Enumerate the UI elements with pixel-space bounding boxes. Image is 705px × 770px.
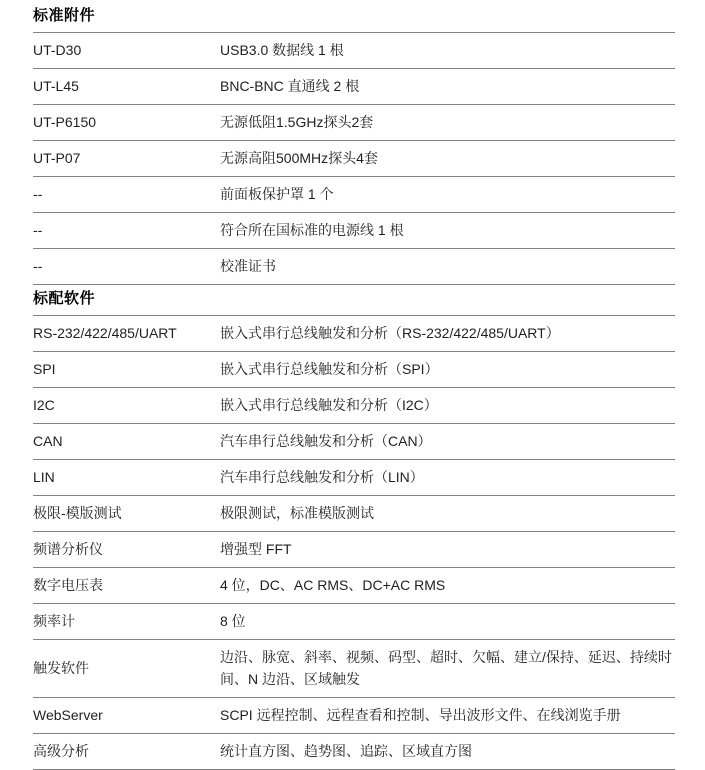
table-row: 高级分析 统计直方图、趋势图、追踪、区域直方图 [33, 734, 675, 770]
table-row: SPI 嵌入式串行总线触发和分析（SPI） [33, 352, 675, 388]
table-row: -- 校准证书 [33, 249, 675, 285]
table-row: LIN 汽车串行总线触发和分析（LIN） [33, 460, 675, 496]
spec-name-cell: -- [33, 183, 220, 205]
table-row: CAN 汽车串行总线触发和分析（CAN） [33, 424, 675, 460]
table-row: UT-D30 USB3.0 数据线 1 根 [33, 33, 675, 69]
spec-desc-cell: 汽车串行总线触发和分析（LIN） [220, 466, 675, 488]
spec-desc-cell: 极限测试，标准模版测试 [220, 502, 675, 524]
spec-name-cell: CAN [33, 430, 220, 452]
spec-desc-cell: 4 位，DC、AC RMS、DC+AC RMS [220, 574, 675, 596]
spec-desc-cell: 嵌入式串行总线触发和分析（RS-232/422/485/UART） [220, 322, 675, 344]
spec-desc-cell: USB3.0 数据线 1 根 [220, 39, 675, 61]
table-row: 极限-模版测试 极限测试，标准模版测试 [33, 496, 675, 532]
section-heading: 标准附件 [33, 2, 675, 33]
table-row: -- 符合所在国标准的电源线 1 根 [33, 213, 675, 249]
spec-desc-cell: 无源高阻500MHz探头4套 [220, 147, 675, 169]
spec-name-cell: UT-L45 [33, 75, 220, 97]
table-row: WebServer SCPI 远程控制、远程查看和控制、导出波形文件、在线浏览手… [33, 698, 675, 734]
spec-desc-cell: 增强型 FFT [220, 538, 675, 560]
spec-name-cell: I2C [33, 394, 220, 416]
spec-section: 标准附件 UT-D30 USB3.0 数据线 1 根 UT-L45 BNC-BN… [33, 2, 675, 285]
spec-desc-cell: 符合所在国标准的电源线 1 根 [220, 219, 675, 241]
section-heading: 标配软件 [33, 285, 675, 316]
spec-desc-cell: 统计直方图、趋势图、追踪、区域直方图 [220, 740, 675, 762]
table-row: 数字电压表 4 位，DC、AC RMS、DC+AC RMS [33, 568, 675, 604]
spec-section: 标配软件 RS-232/422/485/UART 嵌入式串行总线触发和分析（RS… [33, 285, 675, 770]
table-row: 频率计 8 位 [33, 604, 675, 640]
spec-desc-cell: 嵌入式串行总线触发和分析（SPI） [220, 358, 675, 380]
table-row: I2C 嵌入式串行总线触发和分析（I2C） [33, 388, 675, 424]
spec-name-cell: LIN [33, 466, 220, 488]
spec-name-cell: 频率计 [33, 610, 220, 632]
table-row: 频谱分析仪 增强型 FFT [33, 532, 675, 568]
spec-name-cell: 高级分析 [33, 740, 220, 762]
spec-desc-cell: 嵌入式串行总线触发和分析（I2C） [220, 394, 675, 416]
spec-desc-cell: 8 位 [220, 610, 675, 632]
spec-name-cell: 频谱分析仪 [33, 538, 220, 560]
spec-name-cell: 数字电压表 [33, 574, 220, 596]
spec-name-cell: 极限-模版测试 [33, 502, 220, 524]
spec-desc-cell: 边沿、脉宽、斜率、视频、码型、超时、欠幅、建立/保持、延迟、持续时间、N 边沿、… [220, 646, 675, 690]
spec-desc-cell: 校准证书 [220, 255, 675, 277]
section-rows: UT-D30 USB3.0 数据线 1 根 UT-L45 BNC-BNC 直通线… [33, 33, 675, 285]
spec-desc-cell: 前面板保护罩 1 个 [220, 183, 675, 205]
spec-desc-cell: 汽车串行总线触发和分析（CAN） [220, 430, 675, 452]
table-row: UT-L45 BNC-BNC 直通线 2 根 [33, 69, 675, 105]
spec-name-cell: UT-P07 [33, 147, 220, 169]
table-row: RS-232/422/485/UART 嵌入式串行总线触发和分析（RS-232/… [33, 316, 675, 352]
spec-desc-cell: SCPI 远程控制、远程查看和控制、导出波形文件、在线浏览手册 [220, 704, 675, 726]
spec-desc-cell: BNC-BNC 直通线 2 根 [220, 75, 675, 97]
table-row: 触发软件 边沿、脉宽、斜率、视频、码型、超时、欠幅、建立/保持、延迟、持续时间、… [33, 640, 675, 698]
spec-name-cell: 触发软件 [33, 657, 220, 679]
table-row: UT-P07 无源高阻500MHz探头4套 [33, 141, 675, 177]
spec-name-cell: WebServer [33, 704, 220, 726]
table-row: UT-P6150 无源低阻1.5GHz探头2套 [33, 105, 675, 141]
accessories-spec-page: 标准附件 UT-D30 USB3.0 数据线 1 根 UT-L45 BNC-BN… [0, 0, 705, 770]
spec-name-cell: UT-P6150 [33, 111, 220, 133]
spec-name-cell: SPI [33, 358, 220, 380]
section-rows: RS-232/422/485/UART 嵌入式串行总线触发和分析（RS-232/… [33, 316, 675, 770]
spec-table: 标准附件 UT-D30 USB3.0 数据线 1 根 UT-L45 BNC-BN… [33, 2, 675, 770]
spec-name-cell: -- [33, 255, 220, 277]
table-row: -- 前面板保护罩 1 个 [33, 177, 675, 213]
spec-name-cell: UT-D30 [33, 39, 220, 61]
spec-desc-cell: 无源低阻1.5GHz探头2套 [220, 111, 675, 133]
spec-name-cell: -- [33, 219, 220, 241]
spec-name-cell: RS-232/422/485/UART [33, 322, 220, 344]
